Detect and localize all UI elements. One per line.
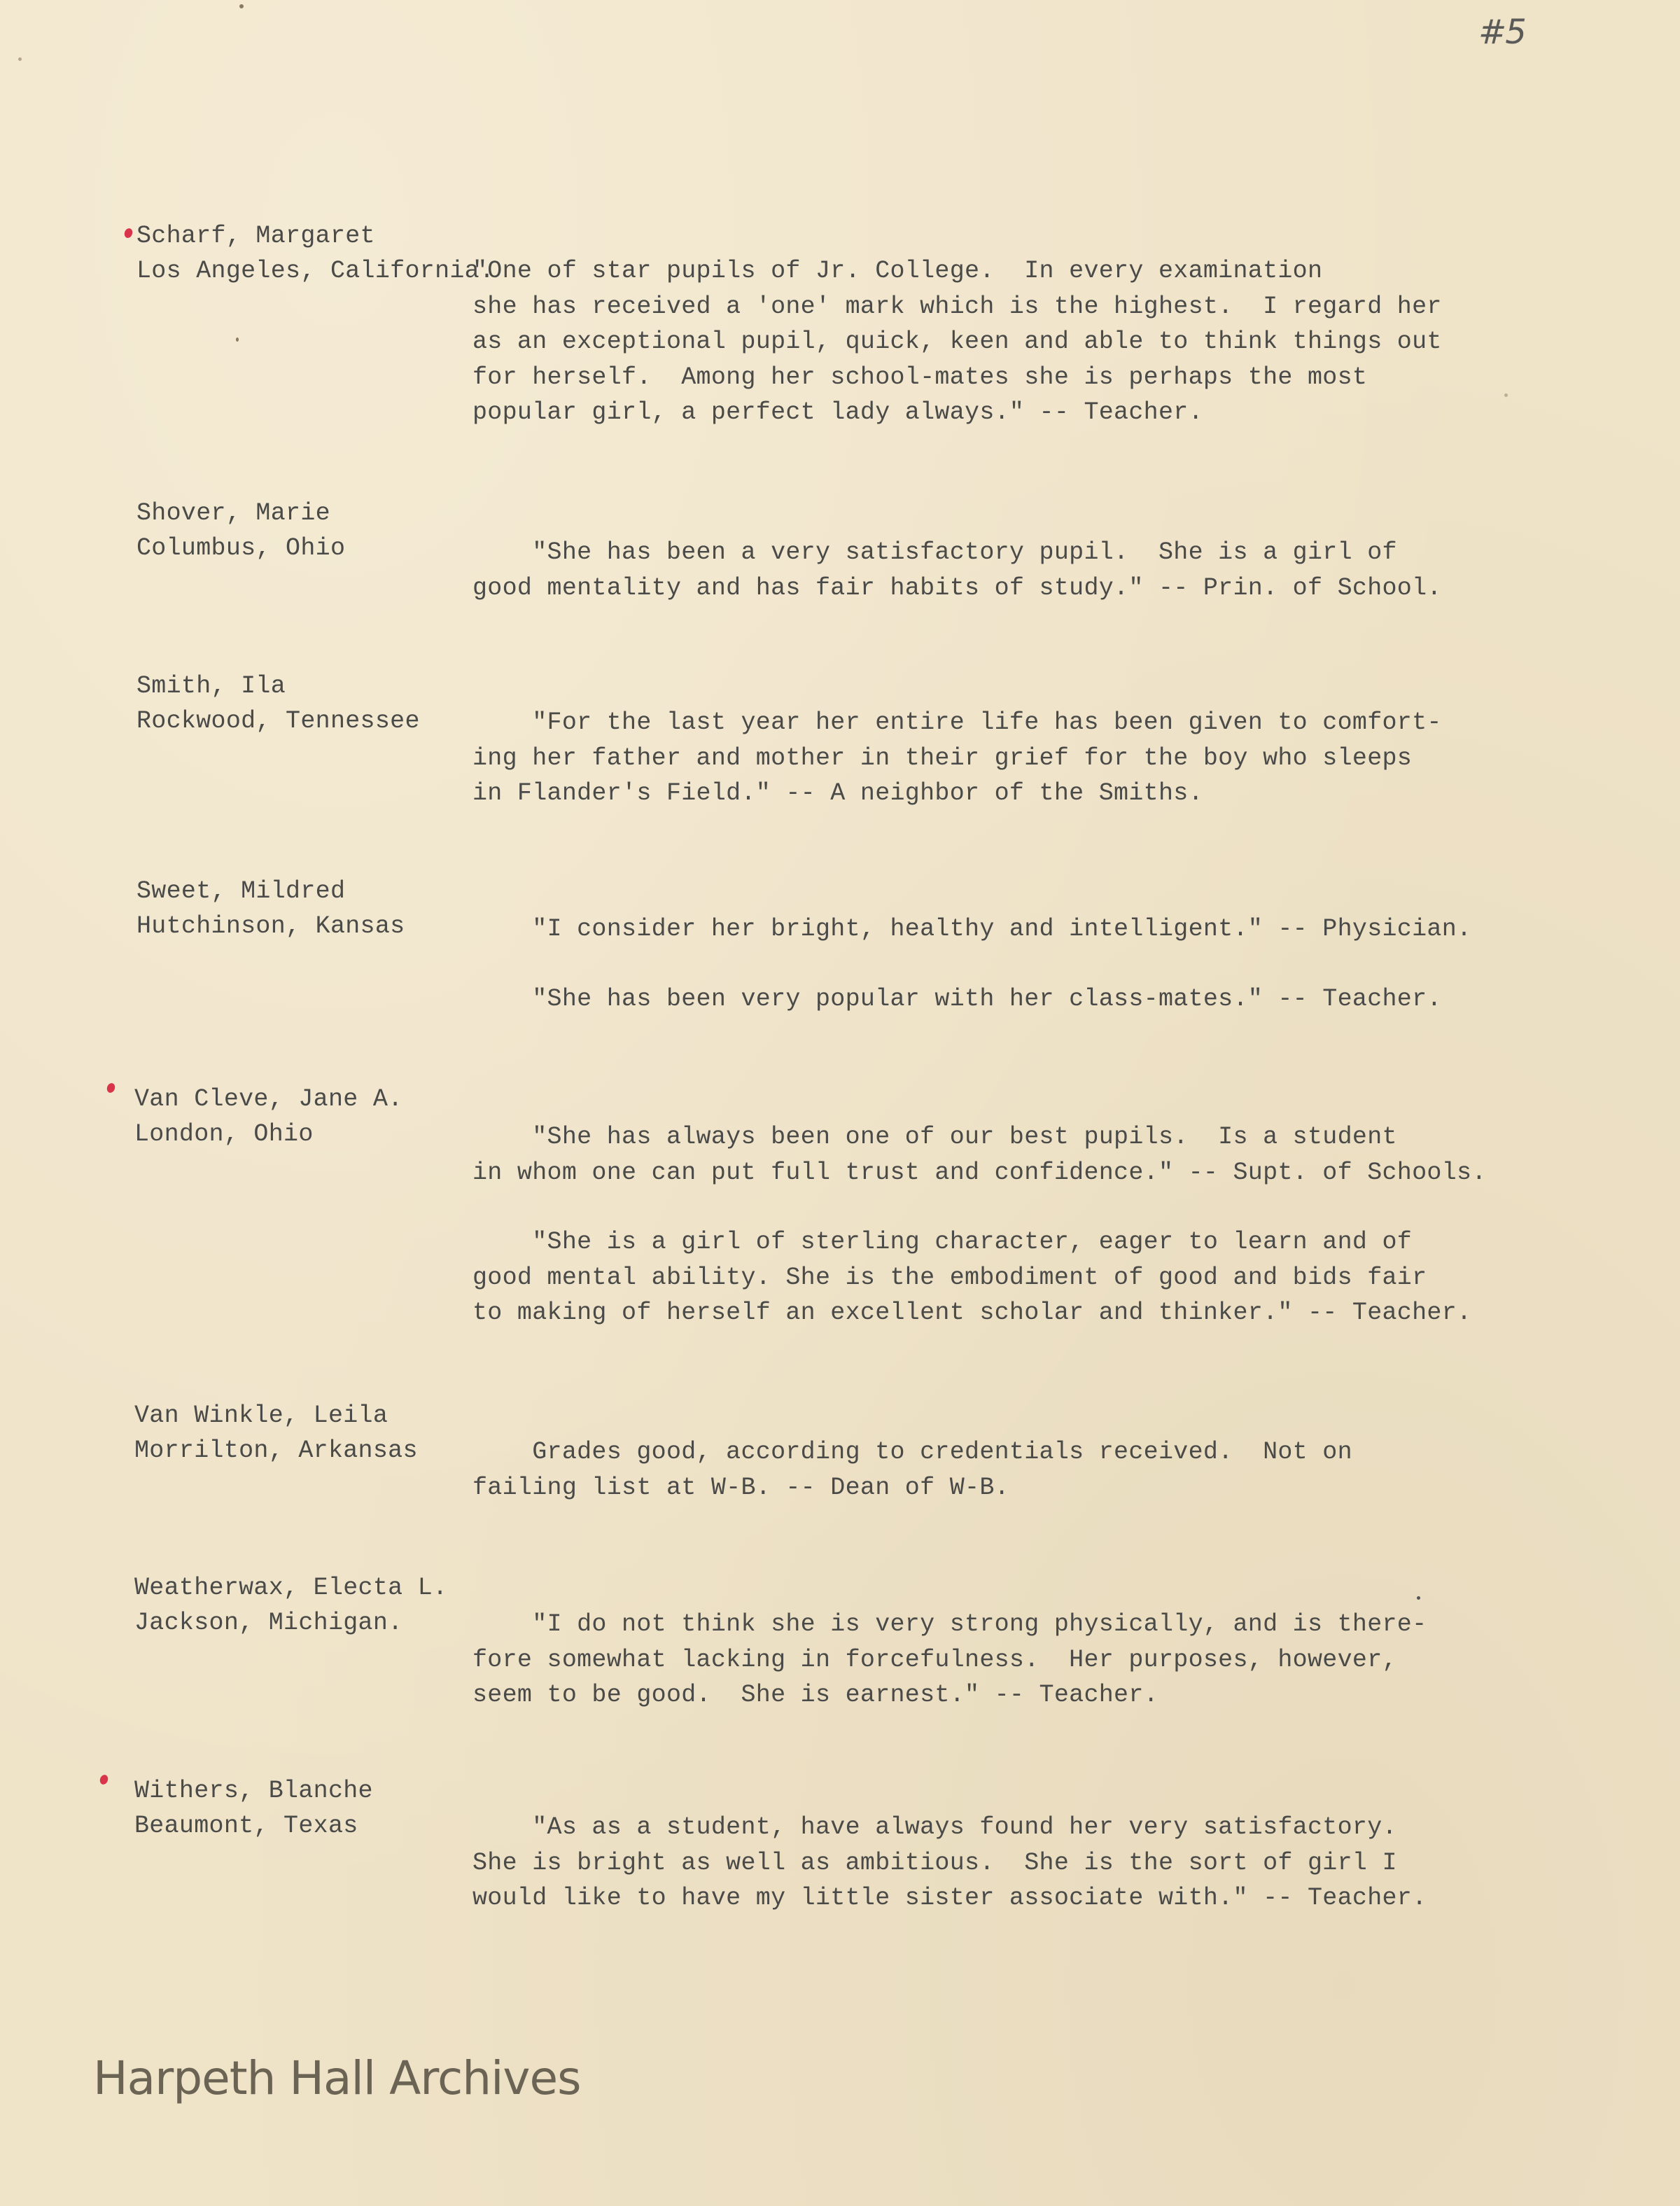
- paper-speck: [239, 4, 244, 8]
- student-hometown: London, Ohio: [134, 1117, 314, 1152]
- paper-speck: [1417, 1596, 1420, 1600]
- reference-quote: "She has been a very satisfactory pupil.…: [472, 535, 1620, 606]
- student-name: Van Winkle, Leila: [134, 1398, 388, 1433]
- student-name: Withers, Blanche: [134, 1773, 373, 1808]
- student-name: Sweet, Mildred: [136, 874, 345, 909]
- red-check-mark-icon: [99, 1774, 109, 1786]
- reference-quote: Grades good, according to credentials re…: [472, 1434, 1620, 1505]
- paper-speck: [18, 57, 22, 61]
- reference-quote: "She is a girl of sterling character, ea…: [472, 1224, 1620, 1331]
- reference-quote: "As as a student, have always found her …: [472, 1810, 1620, 1916]
- reference-quote: "I do not think she is very strong physi…: [472, 1607, 1620, 1713]
- paper-speck: [1504, 393, 1508, 397]
- red-check-mark-icon: [123, 228, 134, 239]
- reference-quote: "I consider her bright, healthy and inte…: [472, 912, 1620, 947]
- paper-speck: [236, 337, 239, 342]
- student-hometown: Los Angeles, California.: [136, 253, 494, 288]
- archive-watermark: Harpeth Hall Archives: [93, 2051, 580, 2105]
- student-name: Smith, Ila: [136, 669, 286, 704]
- student-hometown: Jackson, Michigan.: [134, 1605, 402, 1640]
- red-check-mark-icon: [106, 1082, 116, 1094]
- student-hometown: Morrilton, Arkansas: [134, 1433, 418, 1468]
- student-hometown: Hutchinson, Kansas: [136, 909, 405, 944]
- student-hometown: Columbus, Ohio: [136, 531, 345, 566]
- page-number: #5: [1478, 13, 1525, 52]
- student-hometown: Rockwood, Tennessee: [136, 704, 420, 739]
- reference-quote: "One of star pupils of Jr. College. In e…: [472, 253, 1620, 431]
- student-hometown: Beaumont, Texas: [134, 1808, 358, 1843]
- student-name: Scharf, Margaret: [136, 218, 375, 253]
- student-name: Weatherwax, Electa L.: [134, 1570, 447, 1605]
- reference-quote: "She has been very popular with her clas…: [472, 982, 1620, 1017]
- reference-quote: "She has always been one of our best pup…: [472, 1119, 1620, 1190]
- reference-quote: "For the last year her entire life has b…: [472, 705, 1620, 811]
- student-name: Van Cleve, Jane A.: [134, 1082, 402, 1117]
- student-name: Shover, Marie: [136, 496, 330, 531]
